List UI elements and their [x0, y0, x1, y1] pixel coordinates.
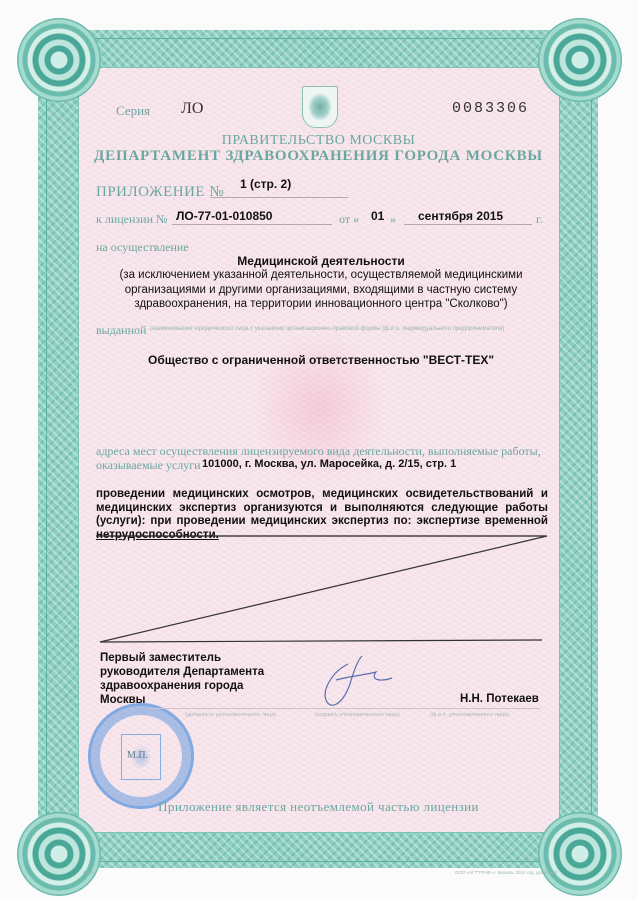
- license-appendix-sheet: Серия ЛО 0083306 ПРАВИТЕЛЬСТВО МОСКВЫ ДЕ…: [0, 0, 637, 900]
- series-value: ЛО: [181, 100, 203, 118]
- date-from-label: от «: [339, 212, 359, 227]
- rosette-bottom-right-icon: [538, 812, 622, 896]
- hint-name: (ф.и.о. уполномоченного лица): [430, 712, 509, 718]
- printer-info: ООО «АГТ“ГРАФ» г. Москва, 2014 год, уров…: [455, 870, 557, 875]
- rosette-top-right-icon: [538, 18, 622, 102]
- services-body: проведении медицинских осмотров, медицин…: [96, 488, 548, 527]
- underline: [404, 224, 532, 225]
- rosette-bottom-left-icon: [17, 812, 101, 896]
- organization-name: Общество с ограниченной ответственностью…: [96, 353, 546, 367]
- appendix-label: ПРИЛОЖЕНИЕ №: [96, 184, 224, 201]
- services-last-line: нетрудоспособности.: [96, 529, 548, 543]
- signature-baseline: [150, 708, 540, 709]
- print-code: К005: [83, 870, 93, 875]
- license-number: ЛО-77-01-010850: [176, 209, 272, 223]
- quote-close: »: [390, 212, 396, 227]
- rosette-top-left-icon: [17, 18, 101, 102]
- role-line: здравоохранения города: [100, 679, 264, 693]
- services-text: проведении медицинских осмотров, медицин…: [96, 488, 548, 542]
- license-month-year: сентября 2015: [418, 209, 503, 223]
- signatory-name: Н.Н. Потекаев: [460, 693, 539, 705]
- official-seal-icon: М.П.: [88, 703, 194, 809]
- department-title: ДЕПАРТАМЕНТ ЗДРАВООХРАНЕНИЯ ГОРОДА МОСКВ…: [0, 148, 637, 165]
- license-label: к лицензии №: [96, 212, 167, 227]
- footer-note: Приложение является неотъемлемой частью …: [0, 799, 637, 815]
- activity-label: на осуществление: [96, 240, 189, 255]
- role-line: Москвы: [100, 693, 264, 707]
- hint-signature: (подпись уполномоченного лица): [315, 712, 400, 718]
- appendix-number: 1 (стр. 2): [240, 177, 291, 191]
- series-label: Серия: [116, 103, 150, 119]
- government-title: ПРАВИТЕЛЬСТВО МОСКВЫ: [0, 133, 637, 149]
- year-suffix: г.: [536, 212, 543, 227]
- role-line: Первый заместитель: [100, 651, 264, 665]
- coat-of-arms-icon: [302, 86, 338, 128]
- role-line: руководителя Департамента: [100, 665, 264, 679]
- address-value: 101000, г. Москва, ул. Маросейка, д. 2/1…: [202, 458, 456, 470]
- serial-number: 0083306: [452, 100, 529, 117]
- stamp-label: М.П.: [127, 750, 148, 761]
- issued-hint: (наименование юридического лица с указан…: [150, 326, 504, 332]
- activity-title: Медицинской деятельности: [96, 254, 546, 268]
- hint-position: (должность уполномоченного лица): [185, 712, 276, 718]
- license-day: 01: [371, 209, 384, 223]
- activity-description: (за исключением указанной деятельности, …: [96, 268, 546, 312]
- signatory-role: Первый заместитель руководителя Департам…: [100, 651, 264, 707]
- underline: [210, 197, 348, 198]
- underline: [172, 224, 332, 225]
- issued-label: выданной: [96, 323, 146, 338]
